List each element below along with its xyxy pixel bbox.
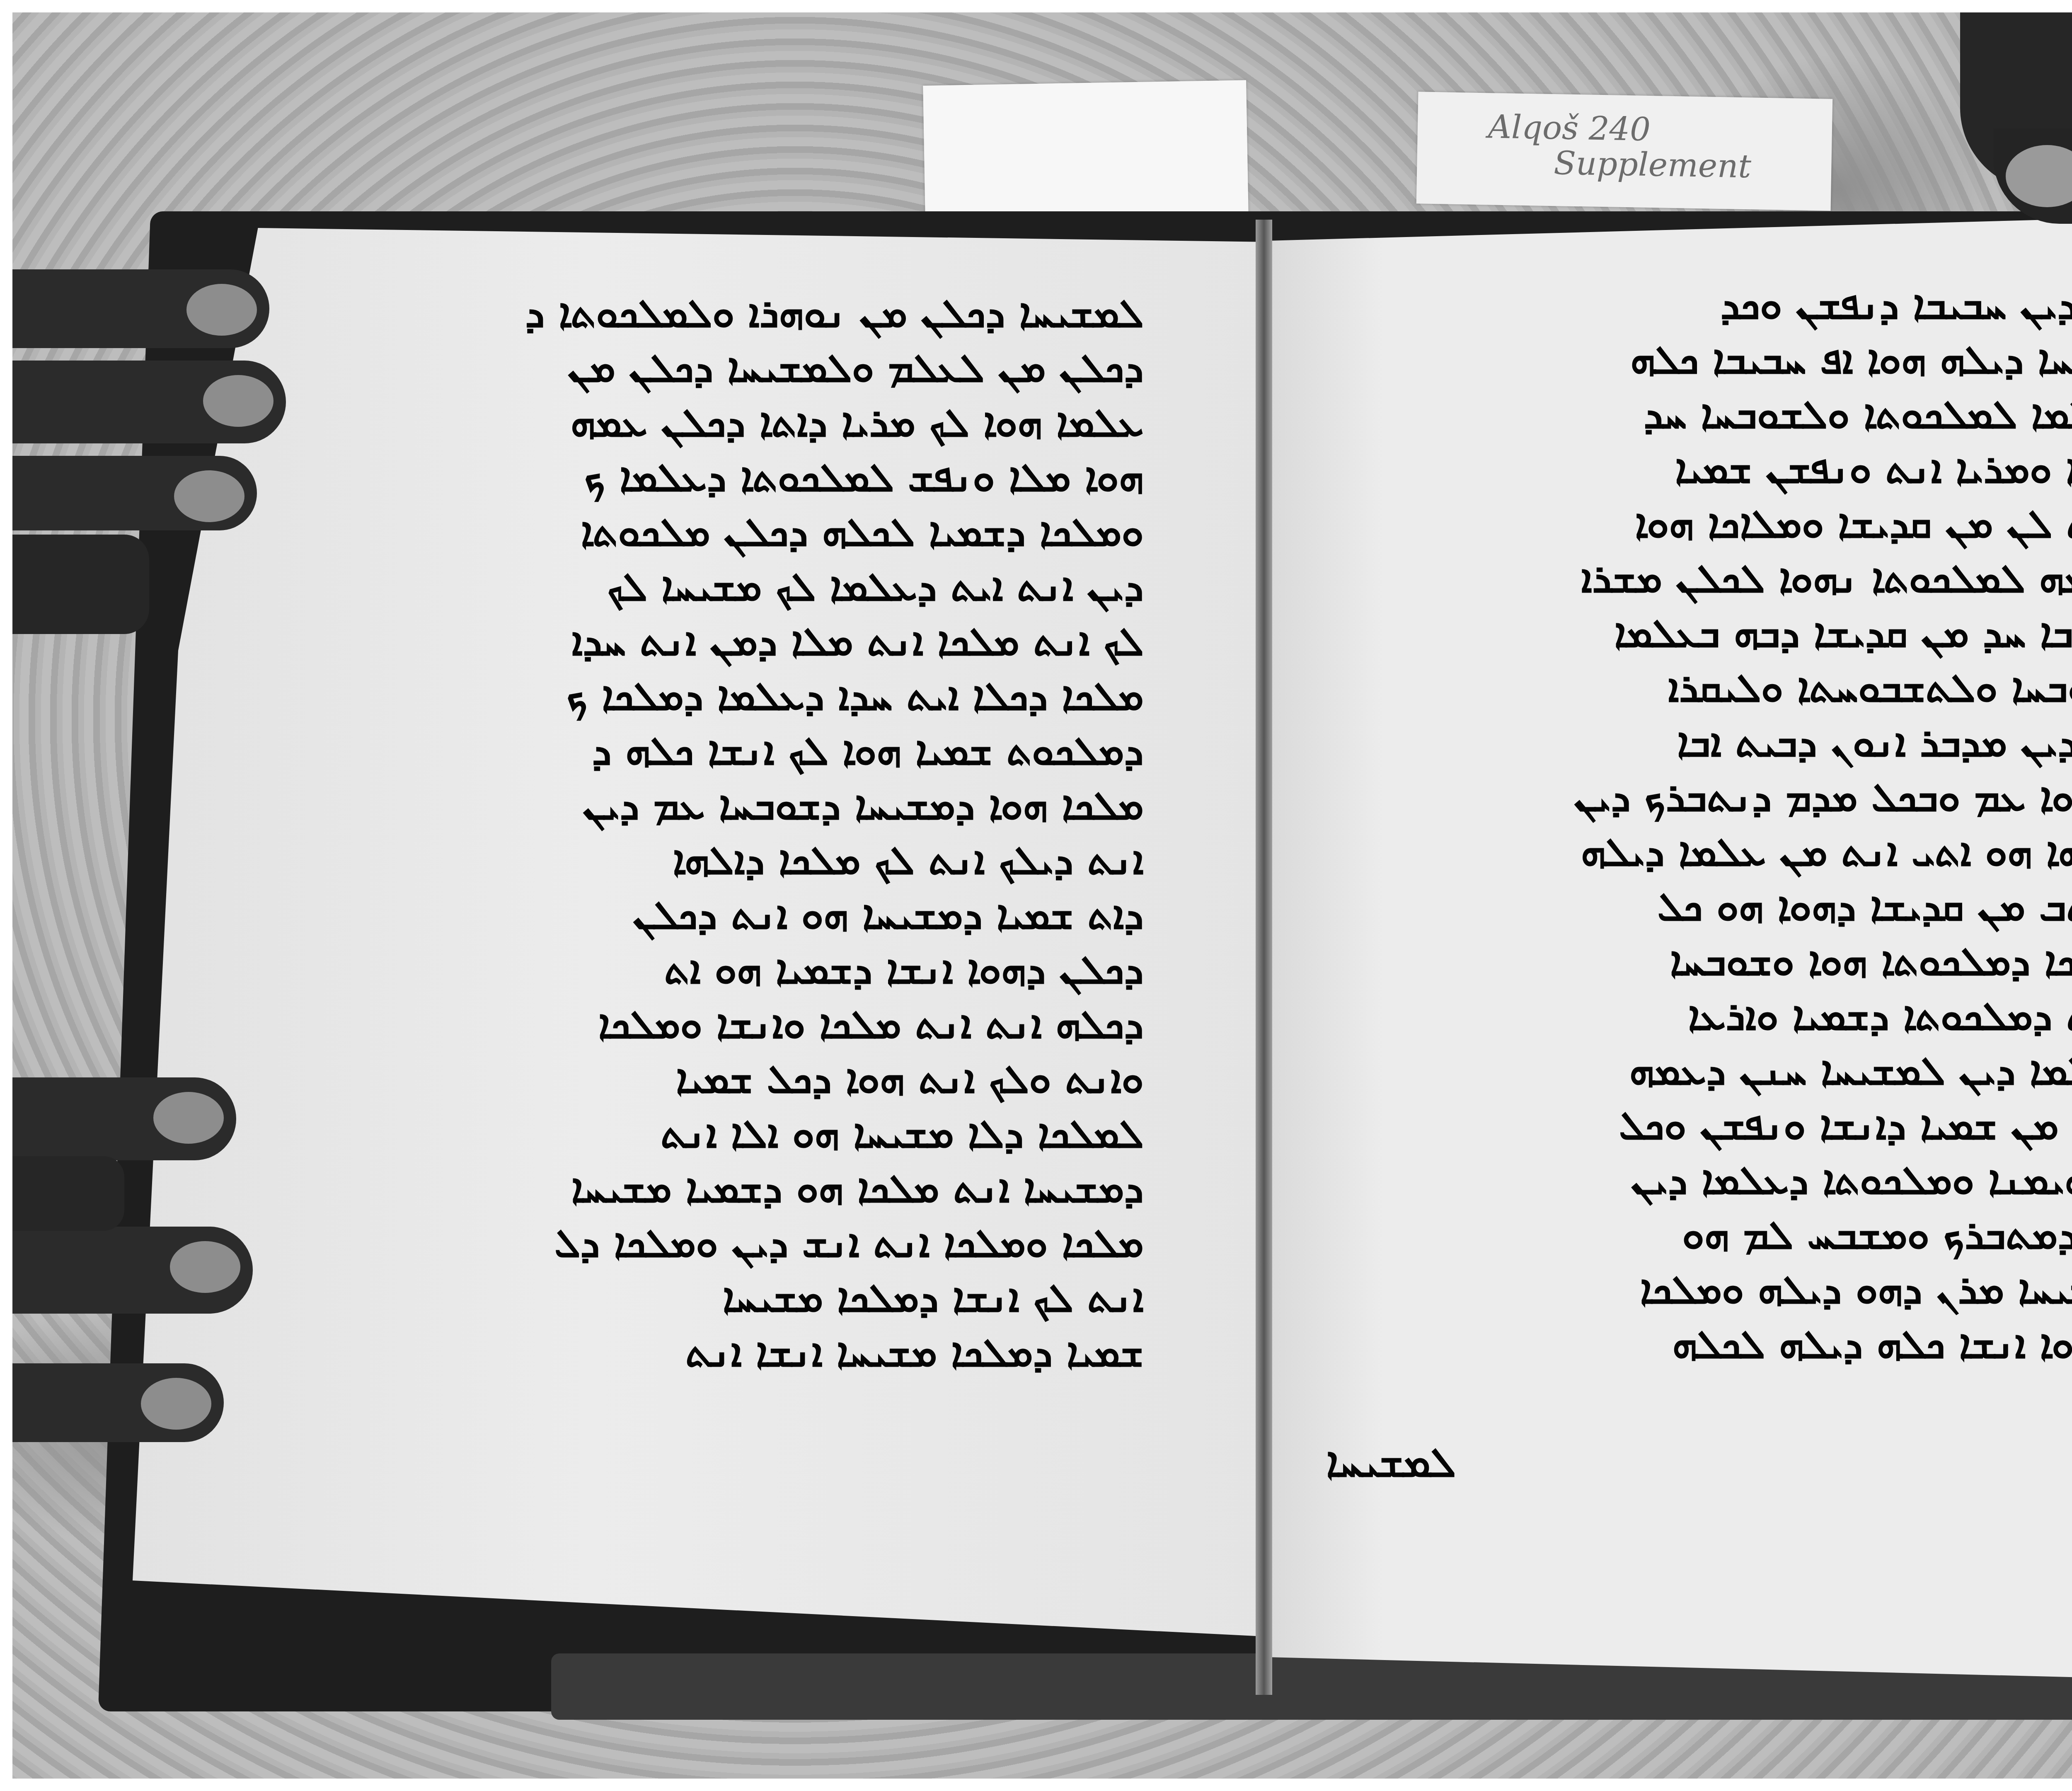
text-line: ܗܘ ܕܡܬܒܪܟ ܘܡܫܒܚ ܠܡ ܗܘ (1326, 1208, 2072, 1262)
label-line-1: Alqoš 240 (1488, 109, 1651, 147)
left-hand-finger (12, 456, 257, 530)
text-line: ܕܝܢ ܐܢܬ ܐܝܬ ܕܥܠܡܐ ܠܟ ܡܫܝܚܐ ܠܟ (369, 559, 1144, 614)
left-hand-palm (12, 535, 149, 634)
text-line: ܡܠܟܐ ܘܡܠܟܐ ܐܢܬ ܐܢܫ ܕܝܢ ܘܡܠܟܐ ܕܠ (369, 1216, 1144, 1271)
text-line: ܠܥܠܡܐ ܕܝܢ ܠܡܫܝܚܐ ܚܢܢ ܕܥܡܗ (1326, 1043, 2072, 1098)
text-line: ܕܟܠܗ ܐܢܬ ܐܢܬ ܡܠܟܐ ܘܐܢܫܐ ܘܡܠܟܐ (369, 997, 1144, 1052)
text-line: ܗܘܐ ܡܠܐ ܘܢܦܫ ܠܡܠܟܘܬܐ ܕܥܠܡܐ ܟ (369, 450, 1144, 505)
text-line: ܕܟܬܒܐ ܚܕ ܡܢ ܩܕܝܫܐ ܕܒܗ ܒܥܠܡܐ (1326, 606, 2072, 661)
fingernail (2006, 145, 2072, 207)
text-line: ܡܫܝܚܐ ܕܝܠܗ ܗܘܐ ܐܦ ܚܒܝܒܐ ܟܠܗ (1326, 332, 2072, 387)
fingernail (186, 284, 257, 336)
photograph: Alqoš 240 Supplement ܠܡܫܝܚܐ ܕܟܠܢ ܡܢ ܢܘܗܪ… (12, 12, 2072, 1779)
fingernail (153, 1092, 224, 1144)
left-hand-finger (12, 1363, 224, 1442)
fingernail (141, 1378, 211, 1430)
text-line: ܠܟ ܐܢܬ ܡܠܟܐ ܐܢܬ ܡܠܐ ܕܡܢ ܐܢܬ ܚܕܐ (369, 614, 1144, 669)
text-line: ܕܢܗܘܐ ܥܡ ܘܒܟܠ ܡܕܡ ܕܢܬܒܪܟ ܕܝܢ (1326, 770, 2072, 825)
text-line: ܡܟܬܒ ܡܢ ܩܕܝܫܐ ܕܗܘܐ ܗܘ ܟܠ (1326, 879, 2072, 934)
text-line: ܕܢܗܘܐ ܐܢܫܐ ܟܠܗ ܕܝܠܗ ܠܟܠܗ (1326, 1317, 2072, 1372)
left-hand-palm (12, 1156, 124, 1231)
text-line: ܘܥܡܗ ܠܡܠܟܘܬܐ ܢܗܘܐ ܠܟܠܢ ܡܫܪܐ (1326, 551, 2072, 606)
left-page-text: ܠܡܫܝܚܐ ܕܟܠܢ ܡܢ ܢܘܗܪܐ ܘܠܡܠܟܘܬܐ ܕ ܕܟܠܢ ܡܢ … (369, 286, 1144, 1380)
book-gutter (1256, 220, 1272, 1695)
text-line: ܡܠܐܟܐ ܕܡܠܟܘܬܐ ܗܘܐ ܘܫܘܒܚܐ (1326, 934, 2072, 989)
text-line: ܐܢܬ ܕܝܠܟ ܐܢܬ ܠܟ ܡܠܟܐ ܕܐܠܗܐ (369, 833, 1144, 888)
left-hand-finger (12, 269, 269, 348)
text-line: ܥܠܡܐ ܗܘܐ ܠܟ ܡܪܝܐ ܕܐܬܐ ܕܟܠܢ ܥܡܗ (369, 395, 1144, 450)
text-line: ܘܡܗܝܡܢܐ ܘܡܠܟܘܬܐ ܕܥܠܡܐ ܕܝܢ (1326, 1153, 2072, 1208)
text-line: ܡܠܟܐ ܗܘܐ ܕܡܫܝܚܐ ܕܫܘܒܚܐ ܥܡ ܕܝܢ (369, 778, 1144, 833)
right-page-text: ܡܢ ܕܝܢ ܚܒܝܒܐ ܕܢܦܫܢ ܘܟܕ ܡܫܝܚܐ ܕܝܠܗ ܗܘܐ ܐܦ… (1326, 278, 2072, 1372)
label-line-2: Supplement (1554, 146, 1752, 184)
text-line: ܕܥܠܡܐ ܠܡܠܟܘܬܐ ܘܠܫܘܒܚܐ ܚܕ (1326, 387, 2072, 442)
text-line: ܡܠܟܐ ܕܟܠܐ ܐܝܬ ܚܕܐ ܕܥܠܡܐ ܕܡܠܟܐ ܟ (369, 669, 1144, 724)
text-line: ܡܢ ܕܝܢ ܚܒܝܒܐ ܕܢܦܫܢ ܘܟܕ (1326, 278, 2072, 332)
text-line: ܗܘ ܕܝܢ ܡܕܒܪ ܐܢܘܢ ܕܒܝܬ ܐܒܐ (1326, 715, 2072, 770)
text-line: ܐܢܬ ܠܟ ܐܢܫܐ ܕܡܠܟܐ ܡܫܝܚܐ (369, 1271, 1144, 1325)
text-line: ܘܐܢܬ ܘܠܟ ܐܢܬ ܗܘܐ ܕܟܠ ܫܡܝܐ (369, 1052, 1144, 1106)
fingernail (203, 375, 274, 427)
right-hand-thumb-top (1993, 128, 2072, 224)
text-line: ܕܐܠܗܐ ܗܘ ܐܬܝ ܐܢܬ ܡܢ ܥܠܡܐ ܕܝܠܗ (1326, 825, 2072, 879)
text-line: ܫܡܝܐ ܕܡܠܟܐ ܡܫܝܚܐ ܐܢܫܐ ܐܢܬ (369, 1325, 1144, 1380)
fingernail (174, 470, 244, 522)
text-line: ܕܟܠܢ ܕܗܘܐ ܐܢܫܐ ܕܫܡܝܐ ܗܘ ܐܬ (369, 942, 1144, 997)
text-line: ܕܐܬ ܫܡܝܐ ܕܡܫܝܚܐ ܗܘ ܐܢܬ ܕܟܠܢ (369, 888, 1144, 942)
text-line: ܐܠܗܐ ܘܡܪܝܐ ܐܢܬ ܘܢܦܫܢ ܫܡܝܐ (1326, 442, 2072, 496)
text-line: ܠܫܘܒܚܐ ܘܠܬܫܒܘܚܬܐ ܘܠܝܩܪܐ (1326, 661, 2072, 715)
text-line: ܕܐܝܬ ܕܡܠܟܘܬܐ ܕܫܡܝܐ ܘܐܪܥܐ (1326, 989, 2072, 1043)
text-line: ܕܡܫܝܚܐ ܡܪܢ ܕܗܘ ܕܝܠܗ ܘܡܠܟܐ (1326, 1262, 2072, 1317)
left-hand-finger (12, 1077, 236, 1160)
left-hand-finger (12, 361, 286, 443)
manuscript-label-tag: Alqoš 240 Supplement (1416, 92, 1833, 211)
text-line: ܘܡܠܟܐ ܕܫܡܝܐ ܠܟܠܗ ܕܟܠܢ ܡܠܟܘܬܐ (369, 505, 1144, 559)
blank-paper-tag (923, 80, 1249, 223)
catchword: ܠܡܫܝܚܐ (1326, 1438, 1456, 1487)
text-line: ܕܟܠܢ ܡܢ ܠܥܠܡ ܘܠܡܫܝܚܐ ܕܟܠܢ ܡܢ (369, 341, 1144, 395)
text-line: ܕܡܠܟܘܬ ܫܡܝܐ ܗܘܐ ܠܟ ܐܢܫܐ ܟܠܗ ܕ (369, 724, 1144, 778)
text-line: ܠܡܠܟܐ ܕܠܐ ܡܫܝܚܐ ܗܘ ܐܠܐ ܐܢܬ (369, 1106, 1144, 1161)
left-hand-finger (12, 1227, 253, 1314)
text-line: ܕܐܝܬ ܠܢ ܡܢ ܩܕܝܫܐ ܘܡܠܐܟܐ ܗܘܐ (1326, 496, 2072, 551)
text-line: ܡܠܟ ܡܢ ܫܡܝܐ ܕܐܢܫܐ ܘܢܦܫܢ ܘܟܠ (1326, 1098, 2072, 1153)
text-line: ܕܡܫܝܚܐ ܐܢܬ ܡܠܟܐ ܗܘ ܕܫܡܝܐ ܡܫܝܚܐ (369, 1161, 1144, 1216)
text-line: ܠܡܫܝܚܐ ܕܟܠܢ ܡܢ ܢܘܗܪܐ ܘܠܡܠܟܘܬܐ ܕ (369, 286, 1144, 341)
fingernail (170, 1241, 240, 1293)
